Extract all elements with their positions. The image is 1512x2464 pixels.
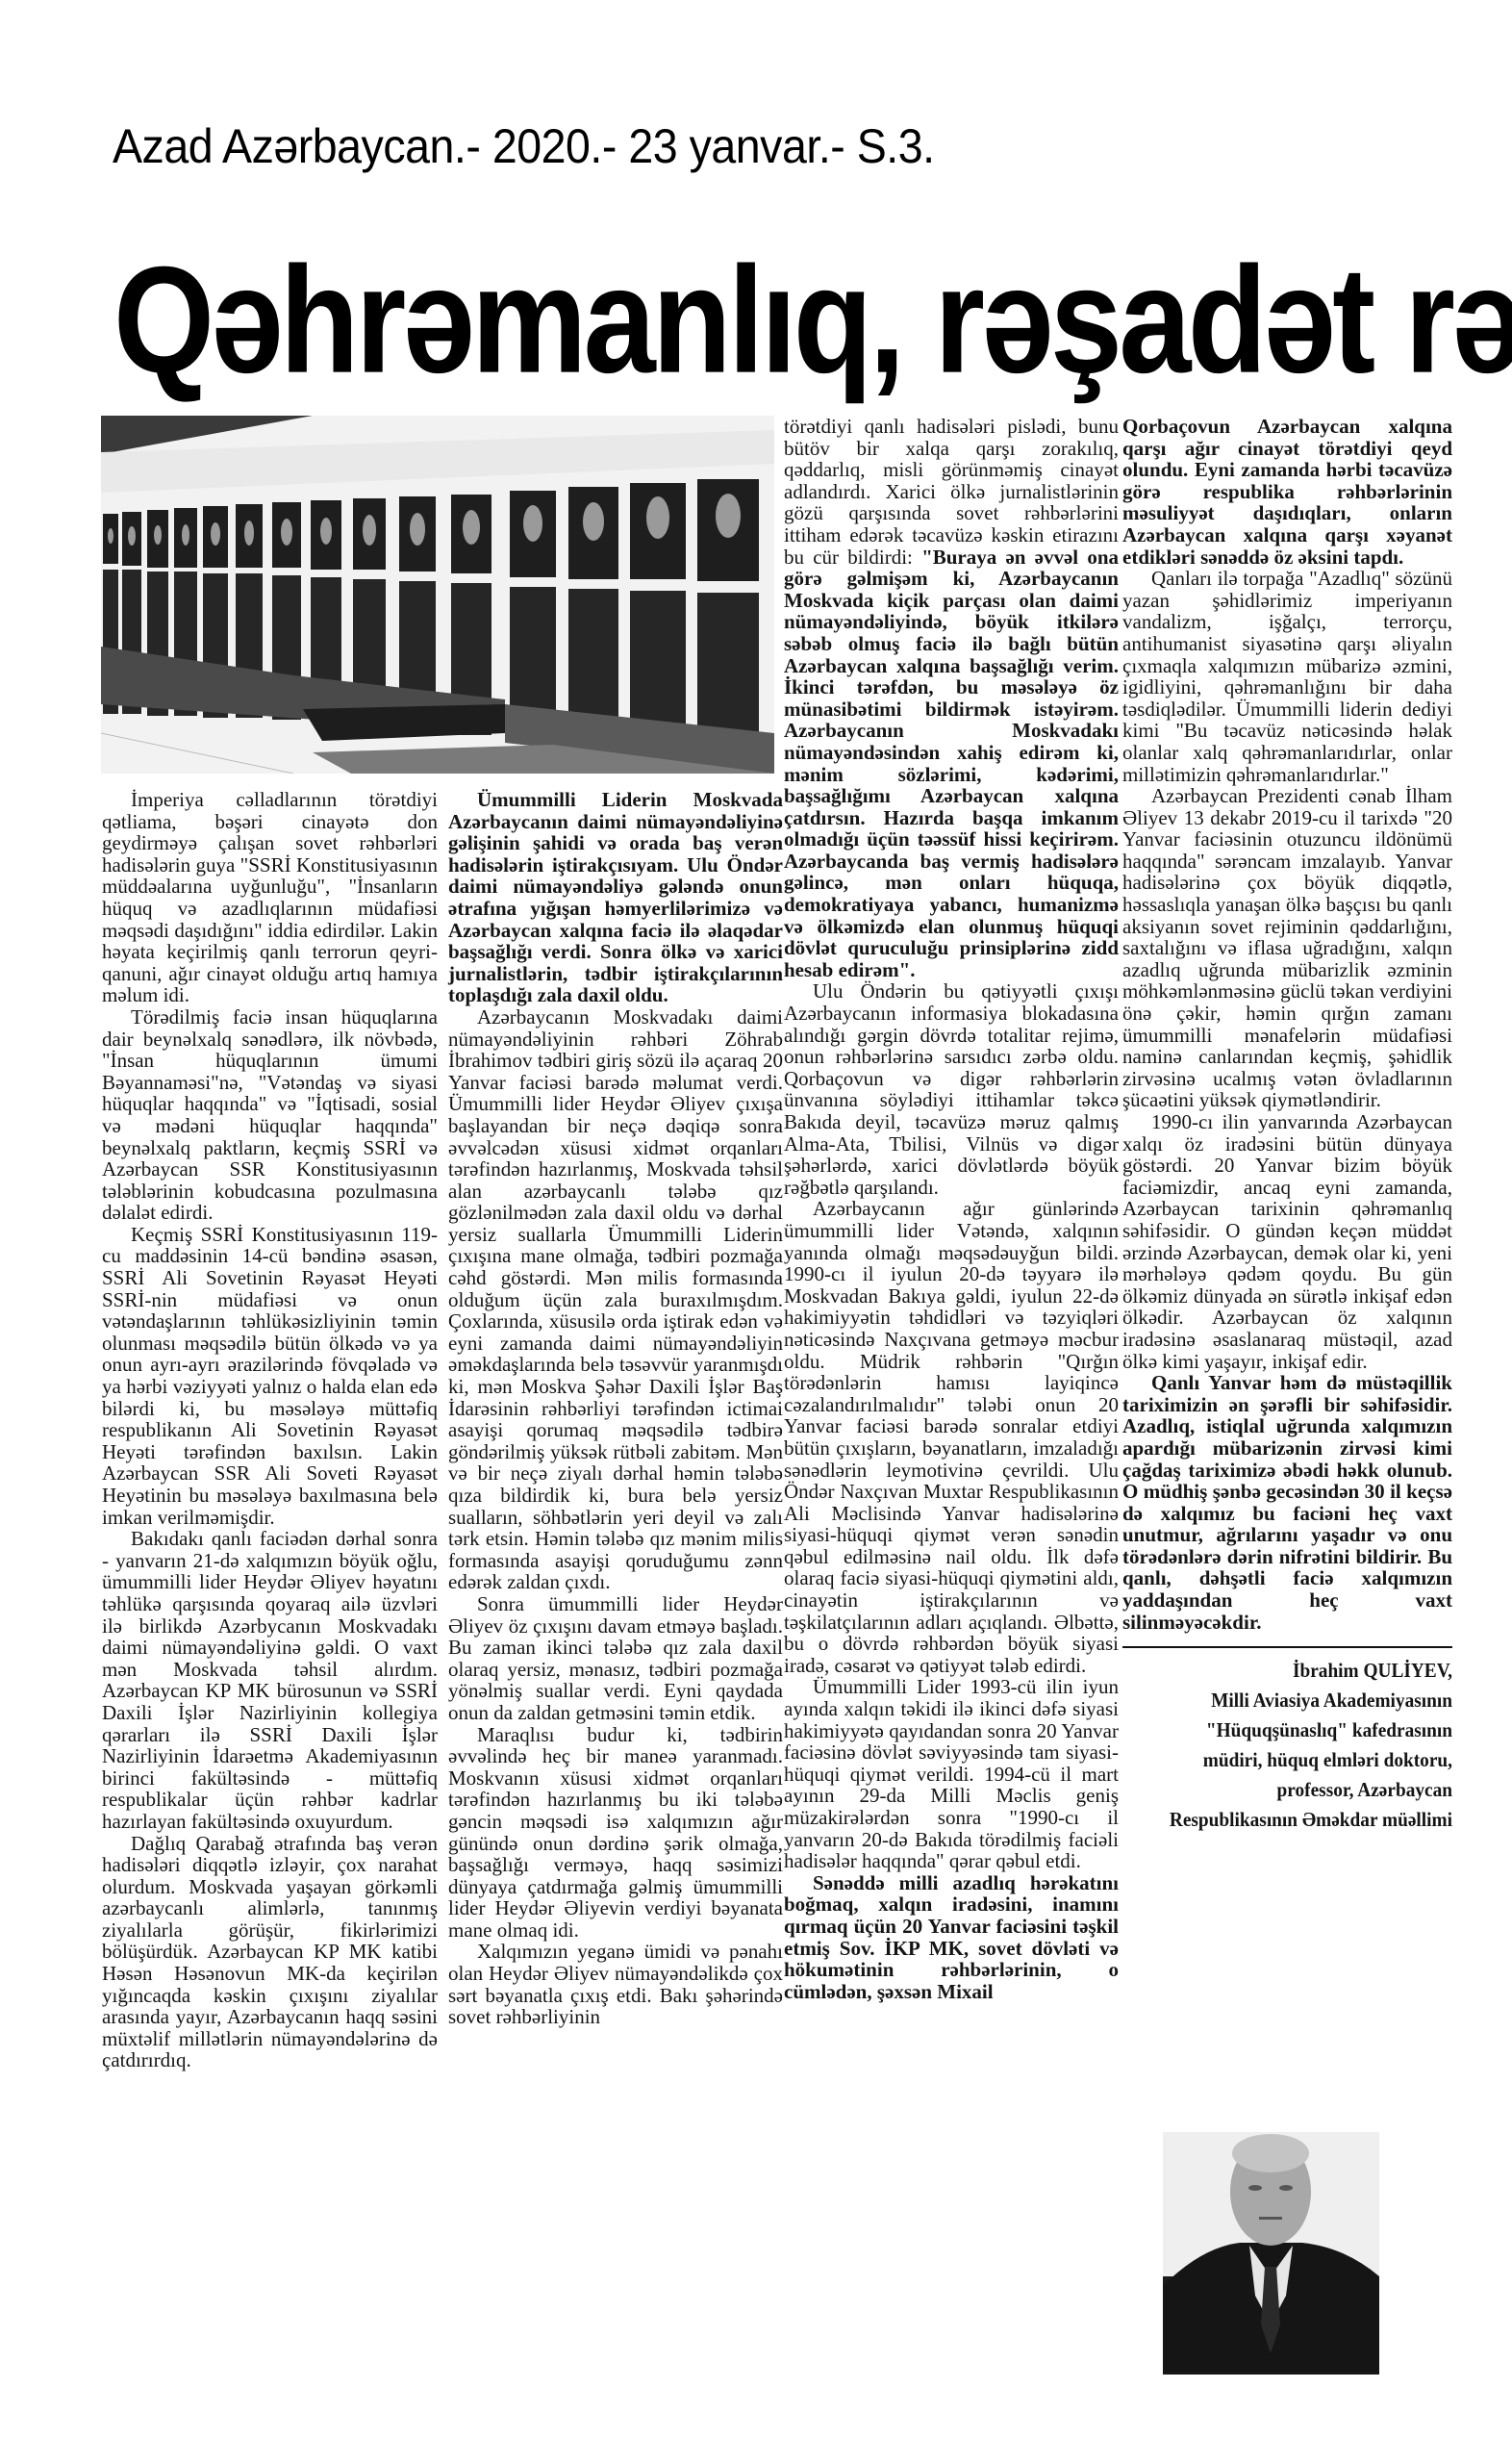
author-title-line: Milli Aviasiya Akademiyasının <box>1148 1686 1452 1715</box>
article-column-3: törətdiyi qanlı hadisələri pislədi, bunu… <box>784 416 1119 2002</box>
paragraph-bold: Ümummilli Liderin Moskvada Azərbaycanın … <box>448 789 783 1006</box>
article-headline: Qəhrəmanlıq, rəşadət rəmzi <box>113 239 1343 400</box>
paragraph: İmperiya cəlladlarının törətdiyi qətliam… <box>102 789 438 1006</box>
paragraph-bold: Sənəddə milli azadlıq hərəkatını boğmaq,… <box>784 1872 1119 2003</box>
author-portrait-image <box>1163 2132 1379 2375</box>
paragraph: 1990-cı ilin yanvarında Azərbaycan xalqı… <box>1122 1111 1452 1372</box>
paragraph: Azərbaycan Prezidenti cənab İlham Əliyev… <box>1122 785 1452 1111</box>
paragraph: Azərbaycanın ağır günlərində ümummilli l… <box>784 1198 1119 1676</box>
paragraph: Azərbaycanın Moskvadakı daimi nümayəndəl… <box>448 1006 783 1593</box>
paragraph: Dağlıq Qarabağ ətrafında baş verən hadis… <box>102 1833 438 2072</box>
author-title-line: "Hüquqşünaslıq" kafedrasının <box>1148 1715 1452 1745</box>
memorial-photo <box>101 416 774 774</box>
article-column-1: İmperiya cəlladlarının törətdiyi qətliam… <box>102 789 438 2071</box>
author-title-line: professor, Azərbaycan <box>1148 1775 1452 1805</box>
paragraph: Maraqlısı budur ki, tədbirin əvvəlində h… <box>448 1724 783 1942</box>
paragraph: Ulu Öndərin bu qətiyyətli çıxışı Azərbay… <box>784 980 1119 1198</box>
paragraph: Sonra ümummilli lider Heydər Əliyev öz ç… <box>448 1593 783 1724</box>
author-title-line: müdiri, hüquq elmləri doktoru, <box>1148 1745 1452 1775</box>
paragraph: Keçmiş SSRİ Konstitusiyasının 119-cu mad… <box>102 1224 438 1528</box>
author-name: İbrahim QULİYEV, <box>1148 1656 1452 1686</box>
paragraph: Ümummilli Lider 1993-cü ilin iyun ayında… <box>784 1676 1119 1871</box>
article-column-4: Qorbaçovun Azərbaycan xalqına qarşı ağır… <box>1122 416 1452 1835</box>
paragraph: Xalqımızın yeganə ümidi və pənahı olan H… <box>448 1941 783 2027</box>
heydar-aliyev-quote: "Buraya ən əvvəl ona görə gəlmişəm ki, A… <box>784 546 1119 981</box>
paragraph-bold: Qanlı Yanvar həm də müstəqillik tariximi… <box>1122 1372 1452 1633</box>
paragraph: Qanları ilə torpağa "Azadlıq" sözünü yaz… <box>1122 568 1452 785</box>
publication-citation: Azad Azərbaycan.- 2020.- 23 yanvar.- S.3… <box>113 117 935 175</box>
paragraph-with-quote: törətdiyi qanlı hadisələri pislədi, bunu… <box>784 416 1119 980</box>
paragraph: Törədilmiş faciə insan hüquqlarına dair … <box>102 1006 438 1224</box>
author-byline: İbrahim QULİYEV, Milli Aviasiya Akademiy… <box>1148 1656 1452 1835</box>
paragraph: Bakıdakı qanlı faciədən dərhal sonra - y… <box>102 1528 438 1832</box>
paragraph-bold: Qorbaçovun Azərbaycan xalqına qarşı ağır… <box>1122 416 1452 568</box>
byline-divider <box>1122 1646 1452 1648</box>
author-portrait-photo <box>1163 2132 1379 2375</box>
memorial-wall-image <box>101 416 774 774</box>
author-title-line: Respublikasının Əməkdar müəllimi <box>1148 1805 1452 1835</box>
article-column-2: Ümummilli Liderin Moskvada Azərbaycanın … <box>448 789 783 2028</box>
